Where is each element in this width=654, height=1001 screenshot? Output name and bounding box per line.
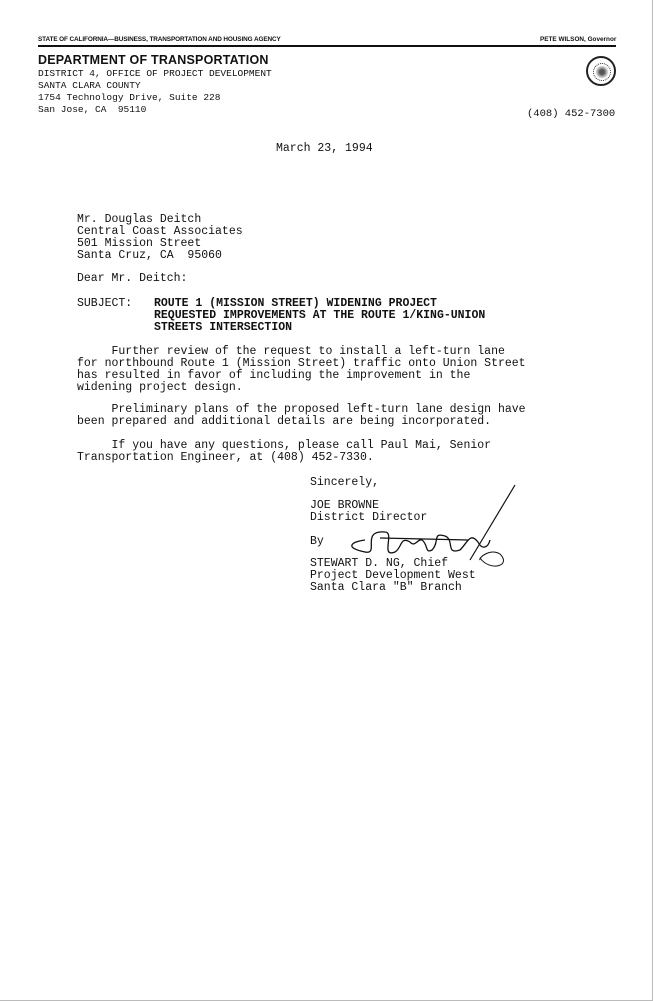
- by-label: By: [310, 536, 324, 548]
- governor-name: PETE WILSON, Governor: [540, 36, 616, 43]
- header-rule: [38, 45, 616, 47]
- body-paragraph-2: Preliminary plans of the proposed left-t…: [77, 404, 526, 428]
- subject-text: ROUTE 1 (MISSION STREET) WIDENING PROJEC…: [154, 298, 485, 334]
- office-address: DISTRICT 4, OFFICE OF PROJECT DEVELOPMEN…: [38, 68, 272, 116]
- body-paragraph-1: Further review of the request to install…: [77, 346, 526, 394]
- salutation: Dear Mr. Deitch:: [77, 273, 187, 285]
- subject-label: SUBJECT:: [77, 298, 132, 310]
- signed-by: STEWART D. NG, Chief Project Development…: [310, 558, 476, 594]
- letter-page: STATE OF CALIFORNIA—BUSINESS, TRANSPORTA…: [0, 0, 653, 1001]
- state-seal-icon: [586, 56, 616, 86]
- recipient-address: Mr. Douglas Deitch Central Coast Associa…: [77, 214, 243, 262]
- office-phone: (408) 452-7300: [527, 108, 615, 120]
- department-title: DEPARTMENT OF TRANSPORTATION: [38, 53, 269, 67]
- letter-date: March 23, 1994: [276, 143, 373, 155]
- agency-line: STATE OF CALIFORNIA—BUSINESS, TRANSPORTA…: [38, 36, 281, 43]
- body-paragraph-3: If you have any questions, please call P…: [77, 440, 491, 464]
